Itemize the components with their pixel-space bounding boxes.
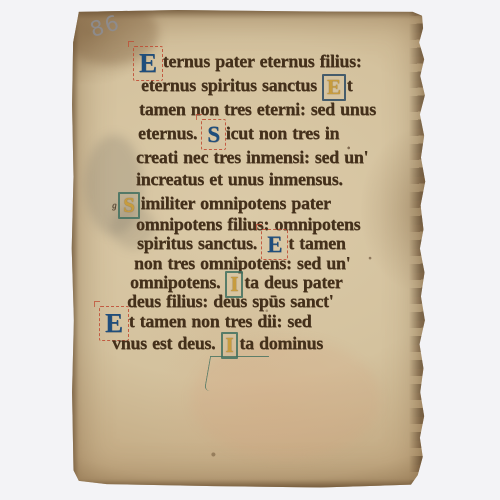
text-line: vnus est deus. Ita dominus	[112, 331, 323, 357]
illuminated-initial: S	[120, 194, 137, 217]
illuminated-initial: S	[204, 122, 223, 147]
text-run: increatus et unus inmensus.	[136, 169, 343, 189]
text-run: eternus spiritus sanctus	[141, 75, 322, 95]
illuminated-initial: I	[223, 334, 237, 357]
text-line: tamen non tres eterni: sed unus	[139, 97, 376, 121]
text-run: t tamen non tres dii: sed	[129, 311, 312, 331]
text-layer: 86 Eternus pater eternus filius:eternus …	[0, 0, 500, 500]
text-run: tamen non tres eterni: sed unus	[139, 99, 376, 119]
text-line: creati nec tres inmensi: sed un'	[136, 145, 368, 169]
text-run: ternus pater eternus filius:	[163, 51, 362, 71]
text-run: ta dominus	[239, 333, 323, 353]
text-run: spiritus sanctus.	[137, 233, 262, 253]
text-run: imiliter omnipotens pater	[141, 193, 331, 213]
text-line: increatus et unus inmensus.	[136, 167, 343, 191]
folio-number-pencil: 86	[87, 10, 123, 42]
text-run: deus filius: deus spūs sanct'	[127, 291, 333, 311]
text-run: t	[347, 75, 353, 95]
text-line: eternus. Sicut non tres in	[138, 121, 339, 147]
text-run: icut non tres in	[226, 123, 339, 143]
text-run: creati nec tres inmensi: sed un'	[136, 147, 368, 167]
text-line: eternus spiritus sanctus Et	[141, 73, 352, 99]
illuminated-initial: E	[324, 76, 344, 99]
text-run: eternus.	[138, 123, 202, 143]
guide-letter: g	[112, 200, 116, 210]
manuscript-photo: 86 Eternus pater eternus filius:eternus …	[0, 0, 500, 500]
text-run: t tamen	[288, 233, 345, 253]
text-run: vnus est deus.	[112, 333, 221, 353]
